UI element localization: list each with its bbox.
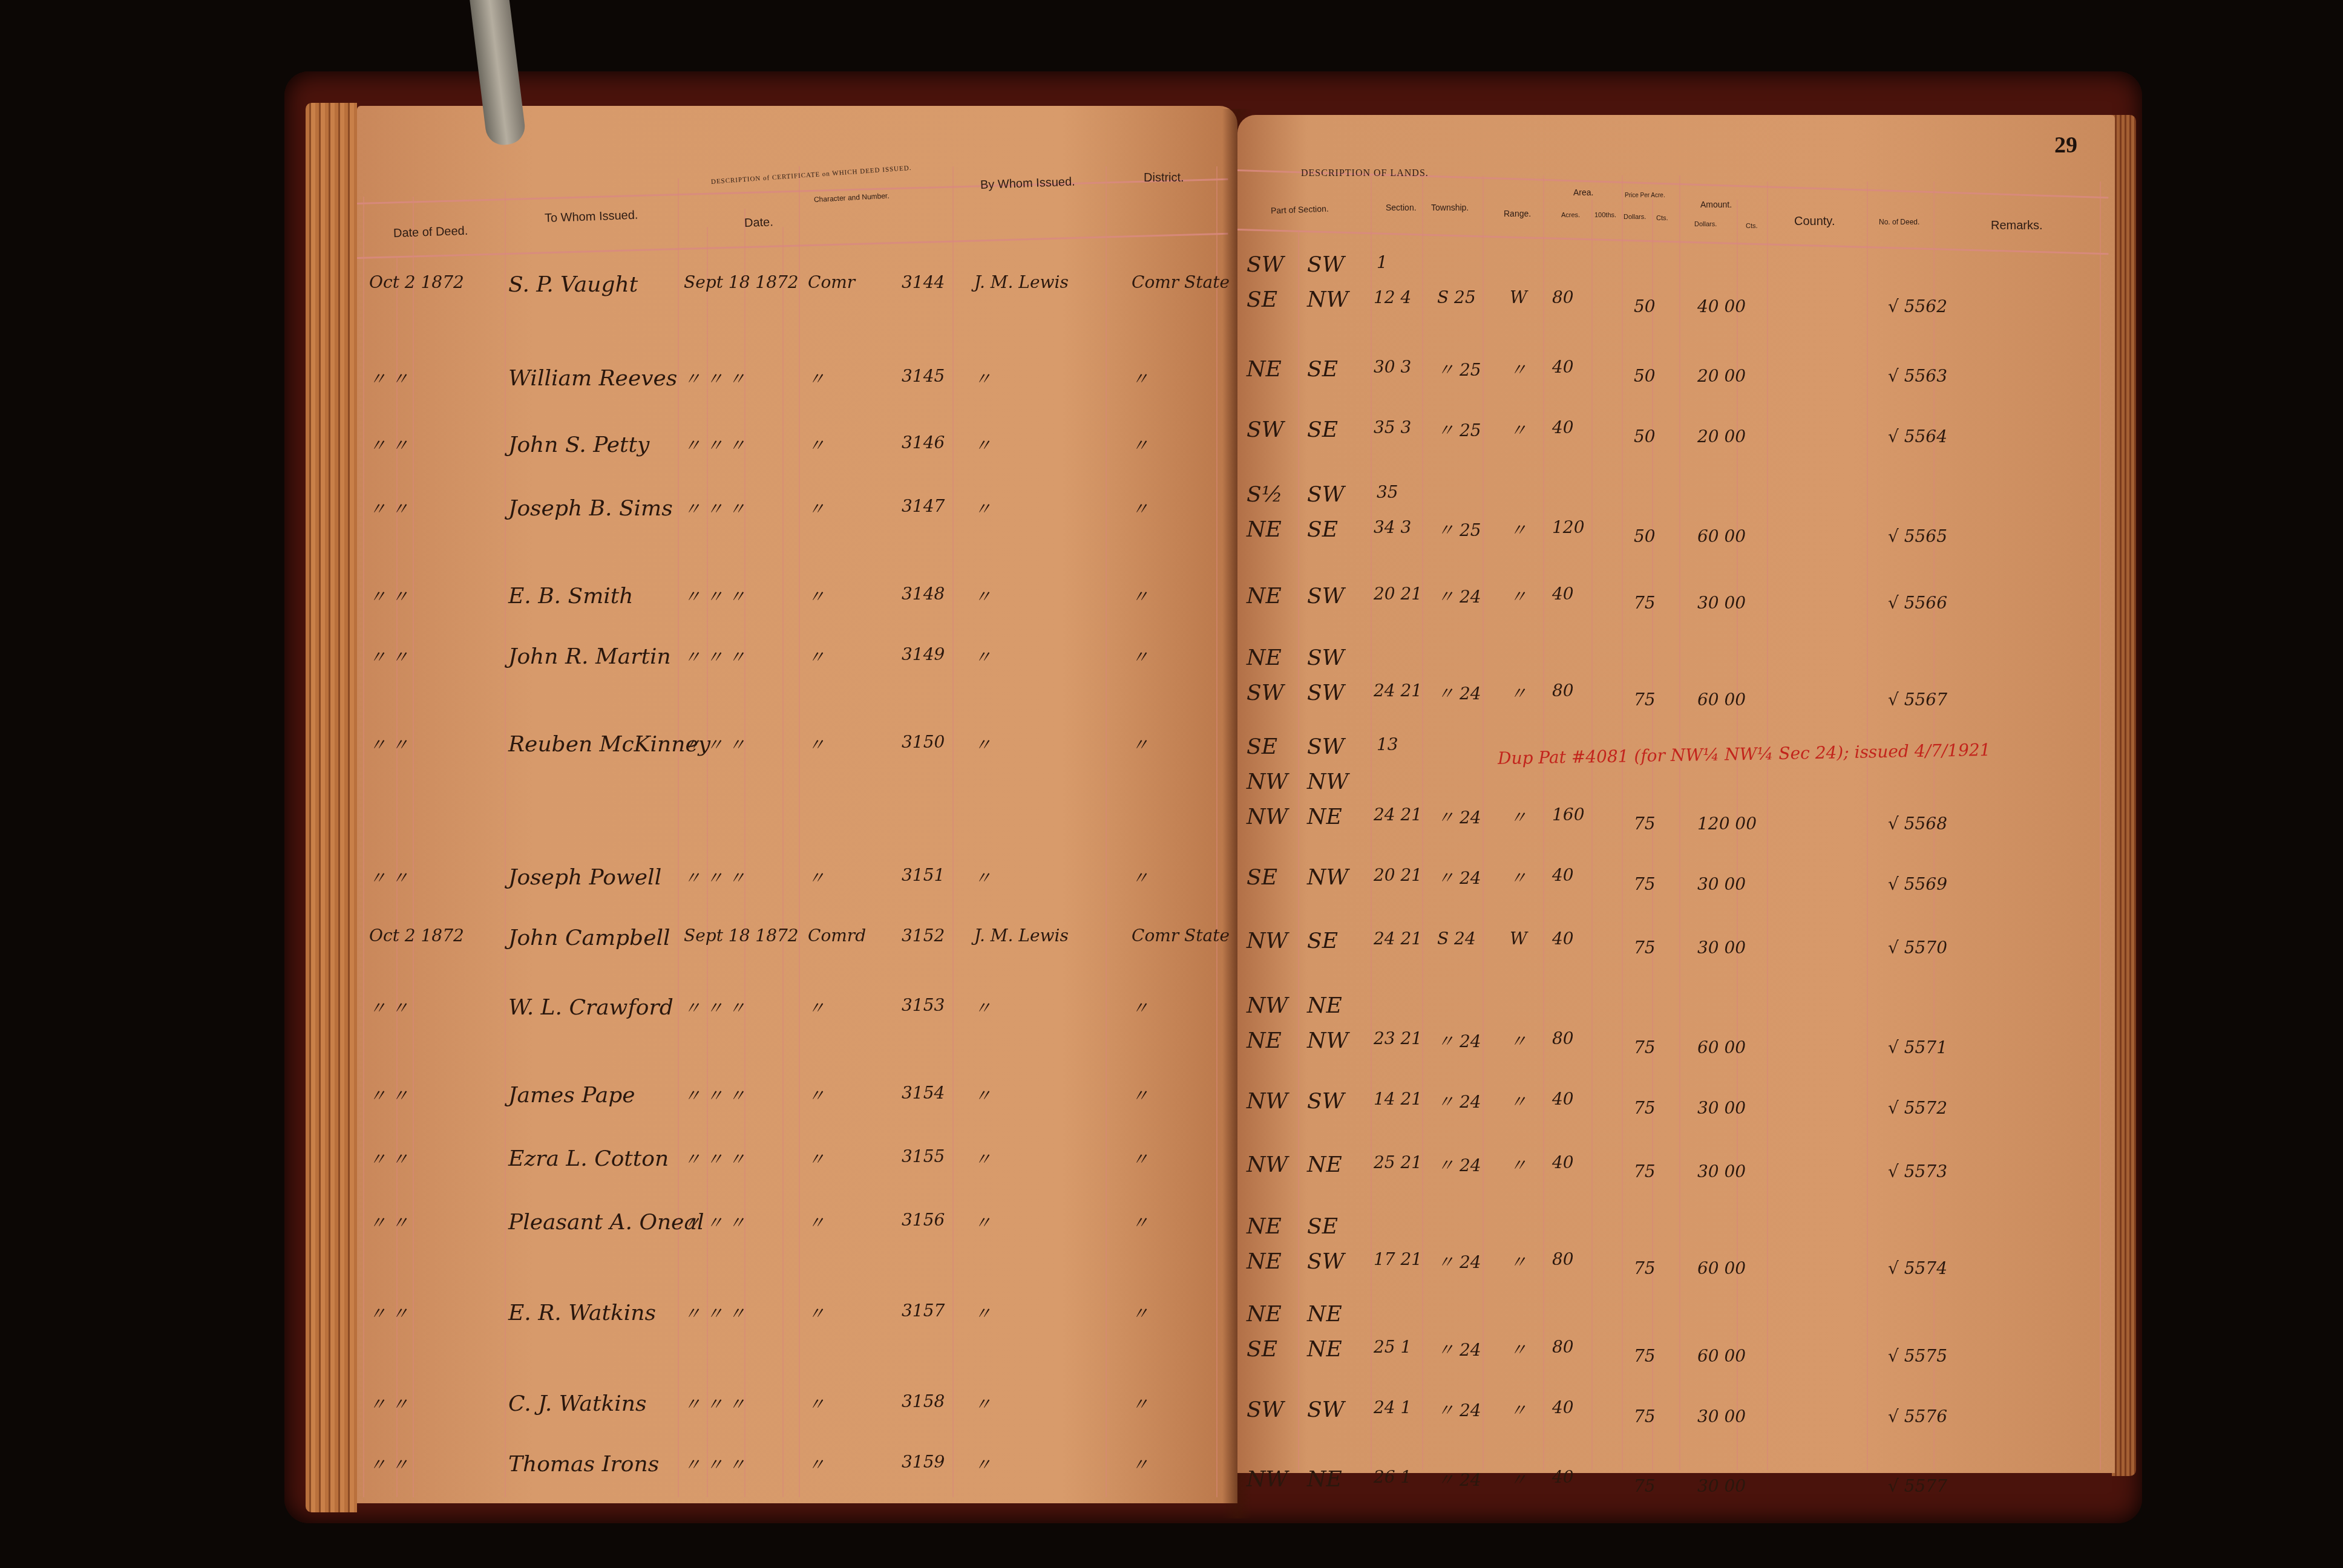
row-township: 〃 25 (1437, 417, 1481, 442)
header-section: Section. (1386, 203, 1417, 212)
part-quarter-of: SW (1307, 1089, 1345, 1114)
row-amount: 30 00 (1697, 938, 1746, 958)
row-date: 〃 〃 (369, 366, 408, 390)
row-price: 75 (1634, 1258, 1656, 1278)
part-quarter: NE (1247, 1028, 1282, 1053)
row-section: 26 1 (1374, 1467, 1411, 1487)
row-name: John S. Petty (508, 433, 649, 457)
part-quarter-of: SE (1307, 517, 1338, 542)
row-name: Ezra L. Cotton (508, 1146, 669, 1171)
row-character: 〃 (808, 995, 825, 1019)
part-quarter: NW (1247, 805, 1288, 829)
row-acres: 80 (1552, 681, 1574, 701)
col-rule (782, 227, 784, 1497)
row-name: Joseph B. Sims (508, 496, 673, 521)
header-amount-cents: Cts. (1746, 223, 1758, 230)
row-township: 〃 24 (1437, 1467, 1481, 1491)
row-deed-number: √ 5569 (1888, 874, 1947, 894)
row-cert-date: 〃 〃 〃 (684, 1301, 745, 1325)
header-township: Township. (1431, 203, 1469, 212)
row-section: 12 4 (1374, 287, 1411, 307)
row-cert-number: 3146 (902, 433, 945, 452)
row-amount: 30 00 (1697, 593, 1746, 613)
row-cert-date: 〃 〃 〃 (684, 995, 745, 1019)
header-price-dollars: Dollars. (1624, 214, 1646, 221)
row-price: 75 (1634, 1346, 1656, 1366)
row-name: W. L. Crawford (508, 995, 673, 1020)
row-by-whom: 〃 (974, 995, 991, 1019)
row-district: 〃 (1132, 1301, 1149, 1325)
row-by-whom: 〃 (974, 433, 991, 457)
header-certificate-group: DESCRIPTION of CERTIFICATE on WHICH DEED… (711, 165, 912, 186)
header-cert-date: Date. (744, 215, 774, 230)
row-price: 50 (1634, 366, 1656, 386)
row-price: 75 (1634, 1161, 1656, 1181)
part-quarter: NE (1247, 584, 1282, 609)
col-rule (1298, 230, 1299, 1470)
part-quarter-of: NE (1307, 1302, 1342, 1327)
row-section: 25 21 (1374, 1152, 1422, 1172)
row-price: 50 (1634, 426, 1656, 446)
row-by-whom: 〃 (974, 865, 991, 889)
row-amount: 40 00 (1697, 296, 1746, 316)
part-quarter-of: SW (1307, 1249, 1345, 1274)
part-quarter: NW (1247, 1467, 1288, 1492)
col-rule (678, 178, 679, 1497)
row-district: 〃 (1132, 1146, 1149, 1171)
row-acres: 120 (1552, 517, 1584, 537)
part-quarter-of: NE (1307, 1467, 1342, 1492)
row-acres: 40 (1552, 417, 1574, 437)
part-quarter: SE (1247, 865, 1277, 890)
part-quarter: NE (1247, 357, 1282, 382)
row-deed-number: √ 5577 (1888, 1476, 1947, 1496)
part-quarter: NW (1247, 1089, 1288, 1114)
row-cert-number: 3153 (902, 995, 945, 1015)
col-rule (1371, 175, 1372, 1470)
row-range: 〃 (1510, 805, 1527, 829)
col-rule (505, 191, 506, 1497)
row-district: 〃 (1132, 1083, 1149, 1107)
part-quarter-of: NE (1307, 805, 1342, 829)
row-name: Thomas Irons (508, 1452, 659, 1477)
row-character: 〃 (808, 1452, 825, 1476)
row-amount: 120 00 (1697, 814, 1757, 834)
row-cert-date: 〃 〃 〃 (684, 865, 745, 889)
row-district: Comr State (1132, 272, 1230, 292)
col-rule (799, 166, 800, 1497)
col-rule (1216, 166, 1217, 1497)
row-character: 〃 (808, 865, 825, 889)
header-to-whom-issued: To Whom Issued. (545, 209, 638, 226)
row-price: 75 (1634, 874, 1656, 894)
row-acres: 160 (1552, 805, 1584, 825)
part-quarter-of: SW (1307, 1397, 1345, 1422)
row-district: 〃 (1132, 496, 1149, 520)
row-township: 〃 24 (1437, 1089, 1481, 1113)
row-cert-number: 3155 (902, 1146, 945, 1166)
header-bottom-rule (357, 233, 1228, 259)
row-acres: 40 (1552, 1089, 1574, 1109)
row-township: 〃 24 (1437, 1152, 1481, 1177)
red-remark-annotation: Dup Pat #4081 (for NW¼ NW¼ Sec 24); issu… (1498, 740, 1991, 768)
row-section: 24 21 (1374, 805, 1422, 825)
part-quarter-of: SW (1307, 482, 1345, 507)
row-amount: 60 00 (1697, 1346, 1746, 1366)
part-quarter-of: SW (1307, 681, 1345, 705)
part-quarter: NW (1247, 929, 1288, 953)
row-district: 〃 (1132, 366, 1149, 390)
part-quarter: SW (1247, 417, 1284, 442)
row-cert-date: 〃 〃 〃 (684, 1146, 745, 1171)
part-quarter-of: SW (1307, 645, 1345, 670)
row-name: E. R. Watkins (508, 1301, 656, 1325)
page-edges-left (306, 103, 357, 1512)
row-price: 75 (1634, 1406, 1656, 1426)
row-deed-number: √ 5562 (1888, 296, 1947, 316)
col-rule (1679, 175, 1680, 1470)
row-range: 〃 (1510, 865, 1527, 889)
row-price: 75 (1634, 1037, 1656, 1057)
row-district: 〃 (1132, 584, 1149, 608)
row-district: 〃 (1132, 732, 1149, 756)
row-range: 〃 (1510, 584, 1527, 608)
row-date: 〃 〃 (369, 1146, 408, 1171)
row-by-whom: 〃 (974, 1452, 991, 1476)
part-quarter: SE (1247, 734, 1277, 759)
row-cert-date: 〃 〃 〃 (684, 1391, 745, 1416)
row-range: 〃 (1510, 681, 1527, 705)
part-quarter: NE (1247, 645, 1282, 670)
row-character: 〃 (808, 1301, 825, 1325)
row-section: 20 21 (1374, 865, 1422, 885)
row-by-whom: 〃 (974, 496, 991, 520)
header-price-per-acre: Price Per Acre. (1625, 192, 1665, 199)
row-cert-number: 3151 (902, 865, 945, 885)
row-township: 〃 24 (1437, 1249, 1481, 1273)
row-cert-number: 3157 (902, 1301, 945, 1321)
row-date: 〃 〃 (369, 496, 408, 520)
row-date: Oct 2 1872 (369, 926, 464, 946)
row-amount: 60 00 (1697, 1037, 1746, 1057)
row-deed-number: √ 5573 (1888, 1161, 1947, 1181)
row-range: W (1510, 929, 1527, 949)
row-amount: 20 00 (1697, 426, 1746, 446)
header-part-of-section: Part of Section. (1271, 204, 1329, 215)
header-bottom-rule (1237, 229, 2109, 255)
row-deed-number: √ 5564 (1888, 426, 1947, 446)
row-deed-number: √ 5563 (1888, 366, 1947, 386)
row-character: 〃 (808, 732, 825, 756)
row-by-whom: J. M. Lewis (974, 926, 1069, 946)
row-by-whom: 〃 (974, 1391, 991, 1416)
row-amount: 60 00 (1697, 526, 1746, 546)
row-district: 〃 (1132, 1210, 1149, 1234)
part-quarter: SE (1247, 1337, 1277, 1362)
row-acres: 40 (1552, 1467, 1574, 1487)
col-rule (1622, 175, 1623, 1470)
row-date: 〃 〃 (369, 1391, 408, 1416)
row-cert-number: 3152 (902, 926, 945, 946)
col-rule (952, 166, 954, 1497)
row-amount: 30 00 (1697, 1161, 1746, 1181)
row-date: 〃 〃 (369, 1210, 408, 1234)
row-acres: 80 (1552, 287, 1574, 307)
part-quarter: SW (1247, 681, 1284, 705)
row-character: 〃 (808, 644, 825, 668)
row-acres: 80 (1552, 1028, 1574, 1048)
row-section: 24 21 (1374, 929, 1422, 949)
row-section: 23 21 (1374, 1028, 1422, 1048)
row-cert-date: Sept 18 1872 (684, 926, 799, 946)
row-character: 〃 (808, 1391, 825, 1416)
col-rule (1591, 200, 1593, 1470)
row-date: 〃 〃 (369, 1083, 408, 1107)
row-township: 〃 24 (1437, 1028, 1481, 1053)
row-price: 75 (1634, 1476, 1656, 1496)
part-quarter-of: SE (1307, 417, 1338, 442)
row-price: 50 (1634, 526, 1656, 546)
header-amount-dollars: Dollars. (1694, 221, 1717, 228)
row-range: 〃 (1510, 1089, 1527, 1113)
row-range: 〃 (1510, 357, 1527, 381)
row-character: Comrd (808, 926, 866, 946)
row-character: 〃 (808, 366, 825, 390)
col-rule (1867, 181, 1868, 1470)
row-price: 50 (1634, 296, 1656, 316)
row-date: Oct 2 1872 (369, 272, 464, 292)
row-date: 〃 〃 (369, 1301, 408, 1325)
row-name: James Pape (508, 1083, 635, 1108)
row-amount: 30 00 (1697, 1098, 1746, 1118)
row-by-whom: 〃 (974, 366, 991, 390)
row-section: 24 1 (1374, 1397, 1411, 1417)
row-township: 〃 24 (1437, 681, 1481, 705)
row-deed-number: √ 5575 (1888, 1346, 1947, 1366)
header-top-rule (357, 178, 1228, 204)
row-cert-number: 3159 (902, 1452, 945, 1472)
part-quarter: NE (1247, 517, 1282, 542)
part-section: 35 (1377, 482, 1398, 502)
row-township: S 25 (1437, 287, 1476, 307)
row-deed-number: √ 5568 (1888, 814, 1947, 834)
header-no-of-deed: No. of Deed. (1879, 218, 1919, 226)
col-rule (2100, 181, 2101, 1470)
part-quarter-of: NE (1307, 1152, 1342, 1177)
row-cert-number: 3149 (902, 644, 945, 664)
row-date: 〃 〃 (369, 995, 408, 1019)
row-name: Joseph Powell (508, 865, 661, 890)
part-quarter-of: SE (1307, 1214, 1338, 1239)
part-quarter-of: SW (1307, 252, 1345, 277)
col-rule (1422, 175, 1423, 1470)
header-description-of-lands: DESCRIPTION OF LANDS. (1301, 168, 1429, 179)
row-amount: 60 00 (1697, 690, 1746, 710)
row-cert-date: 〃 〃 〃 (684, 732, 745, 756)
row-acres: 40 (1552, 1397, 1574, 1417)
part-quarter: SE (1247, 287, 1277, 312)
header-by-whom-issued: By Whom Issued. (980, 175, 1075, 192)
row-range: 〃 (1510, 1467, 1527, 1491)
row-range: 〃 (1510, 1249, 1527, 1273)
row-price: 75 (1634, 814, 1656, 834)
col-rule (1652, 200, 1653, 1470)
row-character: 〃 (808, 496, 825, 520)
row-range: 〃 (1510, 1028, 1527, 1053)
row-character: 〃 (808, 1146, 825, 1171)
row-by-whom: 〃 (974, 1083, 991, 1107)
row-amount: 20 00 (1697, 366, 1746, 386)
row-date: 〃 〃 (369, 732, 408, 756)
header-remarks: Remarks. (1991, 219, 2043, 233)
row-section: 14 21 (1374, 1089, 1422, 1109)
row-price: 75 (1634, 938, 1656, 958)
row-cert-date: 〃 〃 〃 (684, 433, 745, 457)
header-acres: Acres. (1561, 212, 1580, 219)
row-cert-number: 3148 (902, 584, 945, 604)
row-date: 〃 〃 (369, 584, 408, 608)
part-quarter-of: NW (1307, 1028, 1349, 1053)
row-cert-number: 3154 (902, 1083, 945, 1103)
row-date: 〃 〃 (369, 1452, 408, 1476)
row-by-whom: J. M. Lewis (974, 272, 1069, 292)
row-name: John R. Martin (508, 644, 671, 669)
row-cert-number: 3145 (902, 366, 945, 386)
row-township: 〃 24 (1437, 1337, 1481, 1361)
row-cert-date: 〃 〃 〃 (684, 1452, 745, 1476)
part-quarter-of: SW (1307, 584, 1345, 609)
row-range: 〃 (1510, 1397, 1527, 1422)
row-by-whom: 〃 (974, 1146, 991, 1171)
row-acres: 80 (1552, 1249, 1574, 1269)
header-amount-group: Amount. (1700, 200, 1732, 209)
row-date: 〃 〃 (369, 644, 408, 668)
row-price: 75 (1634, 593, 1656, 613)
row-by-whom: 〃 (974, 1210, 991, 1234)
header-character-number: Character and Number. (814, 191, 890, 204)
header-range: Range. (1504, 209, 1531, 218)
part-quarter-of: SE (1307, 357, 1338, 382)
row-range: 〃 (1510, 517, 1527, 541)
row-range: 〃 (1510, 1152, 1527, 1177)
part-quarter-of: NW (1307, 865, 1349, 890)
row-section: 24 21 (1374, 681, 1422, 701)
row-district: Comr State (1132, 926, 1230, 946)
row-character: Comr (808, 272, 855, 292)
row-district: 〃 (1132, 644, 1149, 668)
col-rule (1767, 181, 1768, 1470)
row-township: 〃 24 (1437, 805, 1481, 829)
row-price: 75 (1634, 1098, 1656, 1118)
header-area-group: Area. (1573, 188, 1593, 197)
row-amount: 60 00 (1697, 1258, 1746, 1278)
row-township: 〃 25 (1437, 357, 1481, 381)
row-cert-date: Sept 18 1872 (684, 272, 799, 292)
row-township: 〃 24 (1437, 1397, 1481, 1422)
row-by-whom: 〃 (974, 584, 991, 608)
row-range: W (1510, 287, 1527, 307)
row-deed-number: √ 5566 (1888, 593, 1947, 613)
part-section: 13 (1377, 734, 1398, 754)
row-township: 〃 24 (1437, 584, 1481, 608)
row-section: 35 3 (1374, 417, 1411, 437)
row-date: 〃 〃 (369, 865, 408, 889)
row-acres: 40 (1552, 929, 1574, 949)
part-quarter-of: NE (1307, 993, 1342, 1018)
row-district: 〃 (1132, 995, 1149, 1019)
part-quarter-of: NW (1307, 769, 1349, 794)
row-cert-date: 〃 〃 〃 (684, 496, 745, 520)
part-quarter: S½ (1247, 482, 1283, 507)
row-cert-date: 〃 〃 〃 (684, 584, 745, 608)
row-character: 〃 (808, 1083, 825, 1107)
row-district: 〃 (1132, 1452, 1149, 1476)
part-quarter: NW (1247, 993, 1288, 1018)
row-deed-number: √ 5571 (1888, 1037, 1947, 1057)
row-amount: 30 00 (1697, 1406, 1746, 1426)
row-section: 30 3 (1374, 357, 1411, 377)
col-rule (1737, 200, 1738, 1470)
row-deed-number: √ 5565 (1888, 526, 1947, 546)
part-quarter: NE (1247, 1302, 1282, 1327)
col-rule (1543, 175, 1544, 1470)
row-character: 〃 (808, 1210, 825, 1234)
page-edges-right (2112, 115, 2136, 1476)
header-district: District. (1144, 171, 1184, 185)
row-name: John Campbell (508, 926, 670, 950)
row-by-whom: 〃 (974, 732, 991, 756)
row-deed-number: √ 5574 (1888, 1258, 1947, 1278)
row-name: E. B. Smith (508, 584, 633, 609)
row-acres: 40 (1552, 1152, 1574, 1172)
row-section: 34 3 (1374, 517, 1411, 537)
row-deed-number: √ 5572 (1888, 1098, 1947, 1118)
row-district: 〃 (1132, 1391, 1149, 1416)
header-hundredths: 100ths. (1594, 212, 1616, 219)
row-township: 〃 24 (1437, 865, 1481, 889)
ledger-left-page: Date of Deed. To Whom Issued. DESCRIPTIO… (357, 106, 1237, 1503)
part-quarter-of: SE (1307, 929, 1338, 953)
ledger-right-page: DESCRIPTION OF LANDS. Part of Section. S… (1237, 115, 2115, 1473)
row-cert-date: 〃 〃 〃 (684, 366, 745, 390)
row-section: 25 1 (1374, 1337, 1411, 1357)
part-quarter-of: NW (1307, 287, 1349, 312)
part-quarter: NW (1247, 1152, 1288, 1177)
part-section: 1 (1377, 252, 1388, 272)
row-cert-number: 3147 (902, 496, 945, 516)
header-county: County. (1794, 215, 1835, 229)
row-name: William Reeves (508, 366, 677, 391)
part-quarter-of: NE (1307, 1337, 1342, 1362)
col-rule (1483, 175, 1484, 1470)
part-quarter: SW (1247, 252, 1284, 277)
part-quarter: NE (1247, 1249, 1282, 1274)
row-date: 〃 〃 (369, 433, 408, 457)
row-cert-number: 3156 (902, 1210, 945, 1230)
row-acres: 40 (1552, 357, 1574, 377)
row-deed-number: √ 5567 (1888, 690, 1947, 710)
row-name: Reuben McKinney (508, 732, 710, 757)
row-amount: 30 00 (1697, 874, 1746, 894)
part-quarter-of: SW (1307, 734, 1345, 759)
row-district: 〃 (1132, 865, 1149, 889)
row-name: C. J. Watkins (508, 1391, 646, 1416)
row-township: 〃 25 (1437, 517, 1481, 541)
row-acres: 40 (1552, 584, 1574, 604)
row-deed-number: √ 5576 (1888, 1406, 1947, 1426)
part-quarter: NW (1247, 769, 1288, 794)
row-amount: 30 00 (1697, 1476, 1746, 1496)
